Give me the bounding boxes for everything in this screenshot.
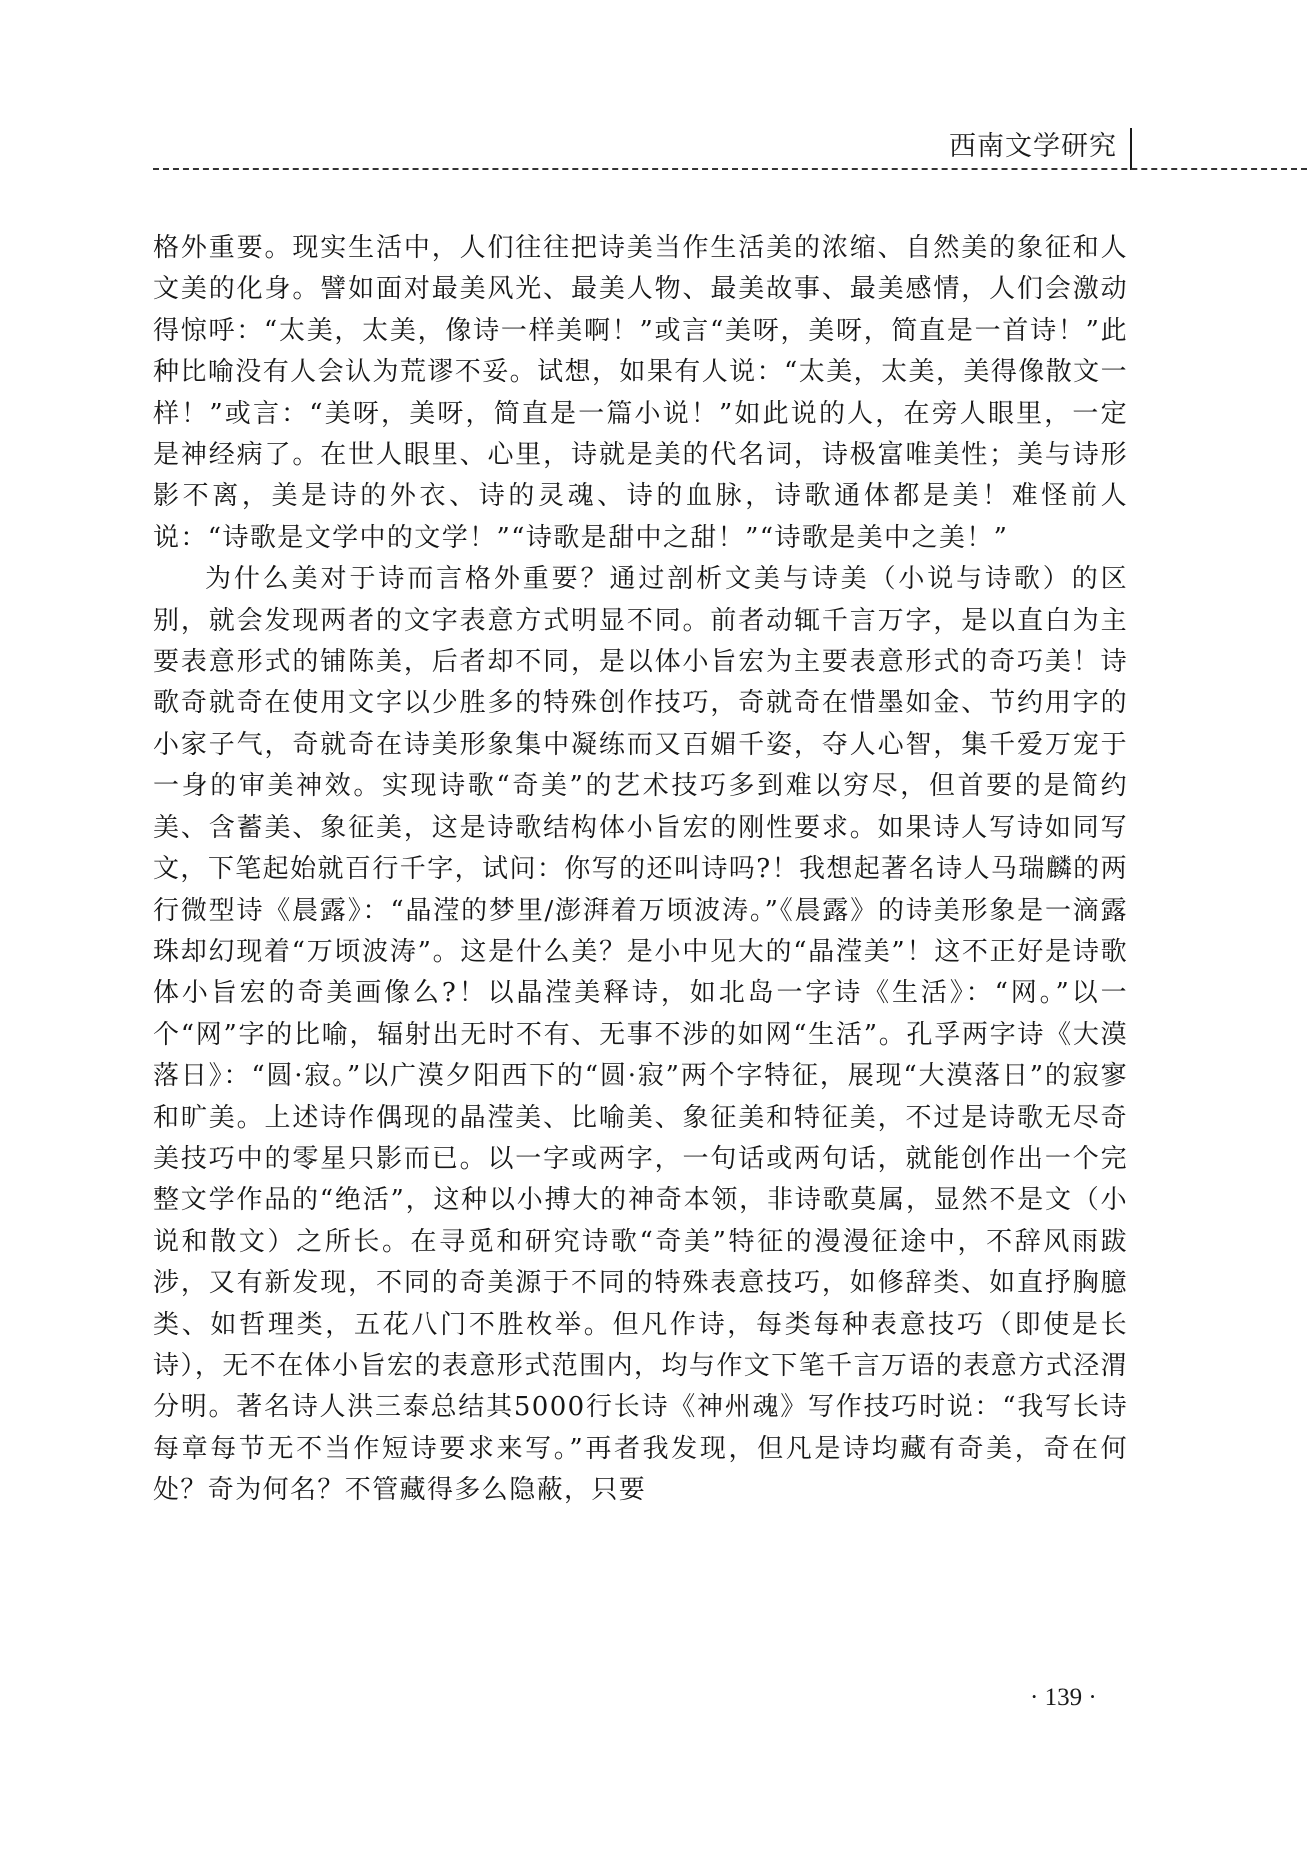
header-dashed-divider <box>153 168 1307 170</box>
paragraph-continued: 格外重要。现实生活中，人们往往把诗美当作生活美的浓缩、自然美的象征和人文美的化身… <box>153 228 1128 559</box>
article-body: 格外重要。现实生活中，人们往往把诗美当作生活美的浓缩、自然美的象征和人文美的化身… <box>153 228 1128 1512</box>
header-vertical-rule <box>1130 128 1132 170</box>
running-header: 西南文学研究 <box>0 0 1307 175</box>
journal-title: 西南文学研究 <box>949 131 1117 163</box>
page-number: · 139 · <box>1030 1683 1097 1713</box>
paragraph: 为什么美对于诗而言格外重要？通过剖析文美与诗美（小说与诗歌）的区别，就会发现两者… <box>153 559 1128 1511</box>
